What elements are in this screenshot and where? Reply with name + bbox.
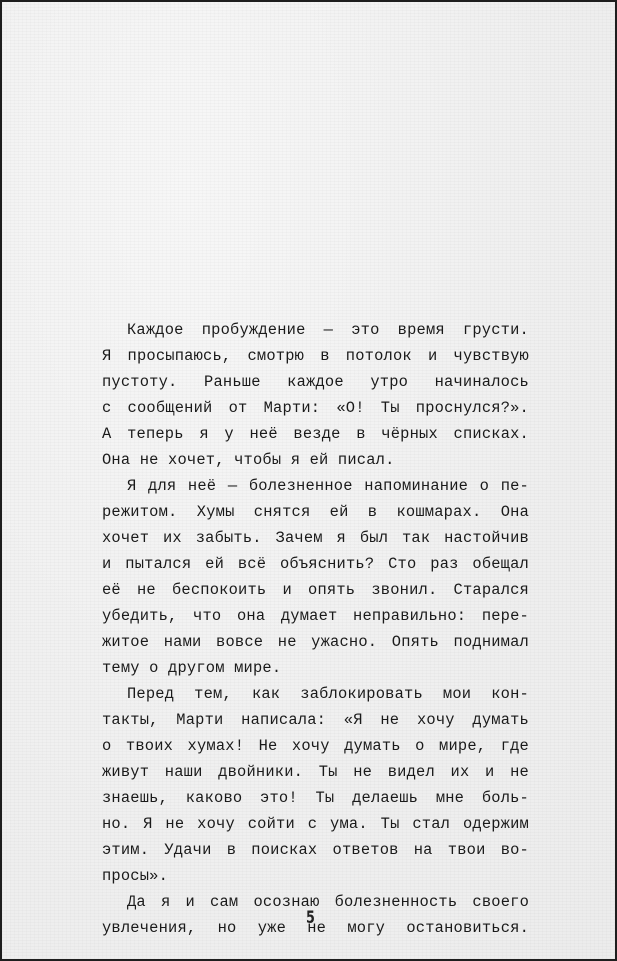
text-line: А теперь я у неё везде в чёрных списках.	[102, 421, 529, 447]
text-line: Перед тем, как заблокировать мои кон-	[102, 681, 529, 707]
text-line: пустоту. Раньше каждое утро начиналось	[102, 369, 529, 395]
text-line: и пытался ей всё объяснить? Сто раз обещ…	[102, 551, 529, 577]
text-line: но. Я не хочу сойти с ума. Ты стал одерж…	[102, 811, 529, 837]
text-line: знаешь, каково это! Ты делаешь мне боль-	[102, 785, 529, 811]
text-line: житое нами вовсе не ужасно. Опять подним…	[102, 629, 529, 655]
page-number: 5	[79, 908, 542, 928]
text-line: режитом. Хумы снятся ей в кошмарах. Она	[102, 499, 529, 525]
text-line: тему о другом мире.	[102, 655, 529, 681]
text-line: живут наши двойники. Ты не видел их и не	[102, 759, 529, 785]
text-line: Я просыпаюсь, смотрю в потолок и чувству…	[102, 343, 529, 369]
body-text: Каждое пробуждение — это время грусти.Я …	[102, 317, 529, 941]
book-page: Каждое пробуждение — это время грусти.Я …	[2, 2, 615, 959]
text-line: убедить, что она думает неправильно: пер…	[102, 603, 529, 629]
text-line: просы».	[102, 863, 529, 889]
text-line: этим. Удачи в поисках ответов на твои во…	[102, 837, 529, 863]
text-line: Каждое пробуждение — это время грусти.	[102, 317, 529, 343]
text-line: Я для неё — болезненное напоминание о пе…	[102, 473, 529, 499]
text-line: её не беспокоить и опять звонил. Старалс…	[102, 577, 529, 603]
text-line: Она не хочет, чтобы я ей писал.	[102, 447, 529, 473]
text-line: такты, Марти написала: «Я не хочу думать	[102, 707, 529, 733]
text-line: о твоих хумах! Не хочу думать о мире, гд…	[102, 733, 529, 759]
text-line: с сообщений от Марти: «О! Ты проснулся?»…	[102, 395, 529, 421]
text-line: хочет их забыть. Зачем я был так настойч…	[102, 525, 529, 551]
